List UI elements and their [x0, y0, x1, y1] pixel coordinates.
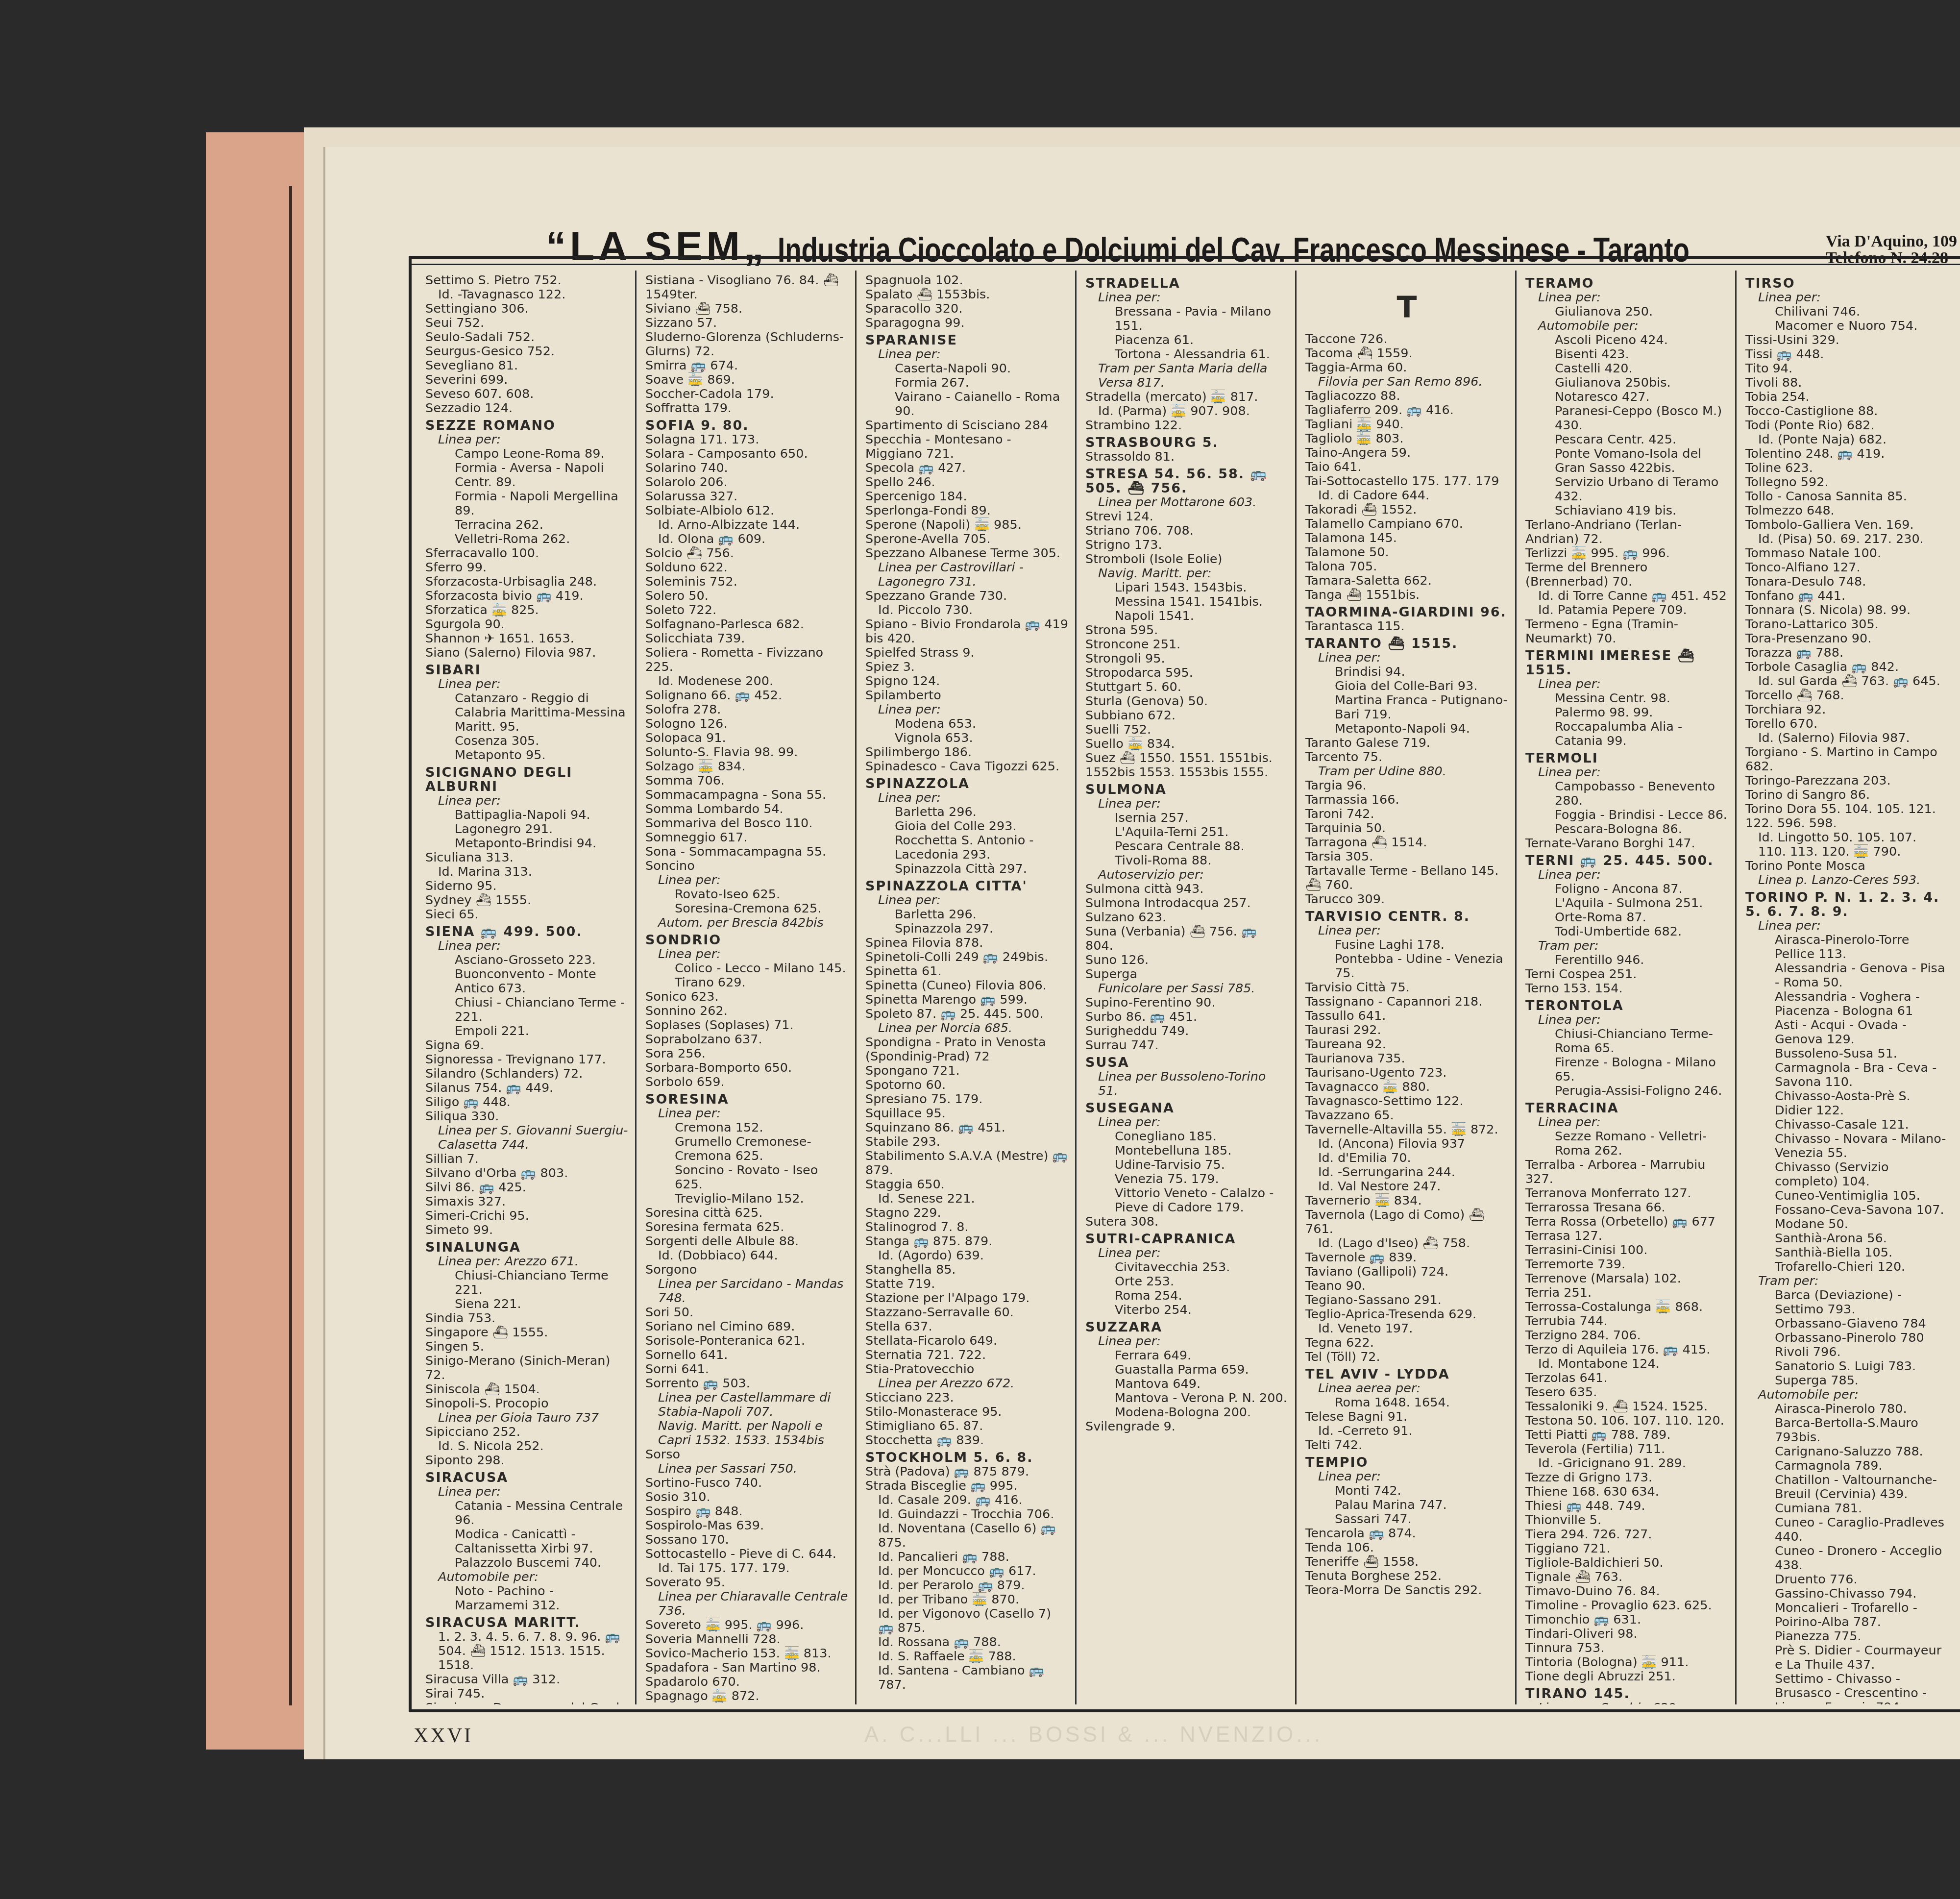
- index-entry: Tavernola (Lago di Como) ⛴ 761.: [1305, 1208, 1508, 1236]
- index-entry: Sgurgola 90.: [425, 617, 628, 632]
- station-heading: TORINO P. N. 1. 2. 3. 4. 5. 6. 7. 8. 9.: [1745, 890, 1948, 919]
- index-entry: Thiesi 🚌 448. 749.: [1525, 1499, 1728, 1513]
- index-entry: Tissi-Usini 329.: [1745, 333, 1948, 347]
- index-entry: Stromboli (Isole Eolie): [1085, 552, 1288, 567]
- index-entry: Tigliole-Baldichieri 50.: [1525, 1556, 1728, 1570]
- index-entry: Castelli 420.: [1525, 362, 1728, 376]
- index-entry: Stabile 293.: [865, 1135, 1068, 1149]
- index-entry: Tivoli-Roma 88.: [1085, 854, 1288, 868]
- index-entry: Tram per:: [1525, 939, 1728, 953]
- index-entry: Giulianova 250bis.: [1525, 376, 1728, 390]
- index-column-1: Settimo S. Pietro 752.Id. -Tavagnasco 12…: [416, 271, 637, 1704]
- index-entry: Stanghella 85.: [865, 1263, 1068, 1277]
- index-entry: Id. (Dobbiaco) 644.: [645, 1249, 848, 1263]
- index-entry: Id. Piccolo 730.: [865, 603, 1068, 617]
- index-entry: Soverato 95.: [645, 1576, 848, 1590]
- index-entry: Linea per Sassari 750.: [645, 1462, 848, 1476]
- station-heading: SUTRI-CAPRANICA: [1085, 1232, 1288, 1246]
- index-entry: Telti 742.: [1305, 1438, 1508, 1453]
- index-entry: Tortona - Alessandria 61.: [1085, 347, 1288, 362]
- index-entry: Terni Cospea 251.: [1525, 967, 1728, 982]
- index-entry: L'Aquila - Sulmona 251.: [1525, 896, 1728, 911]
- index-entry: Telese Bagni 91.: [1305, 1410, 1508, 1424]
- index-entry: Subbiano 672.: [1085, 709, 1288, 723]
- index-entry: Tarquinia 50.: [1305, 821, 1508, 836]
- index-entry: Solarussa 327.: [645, 490, 848, 504]
- index-entry: Foggia - Brindisi - Lecce 86.: [1525, 808, 1728, 822]
- index-entry: Tollo - Canosa Sannita 85.: [1745, 490, 1948, 504]
- index-entry: Bussoleno-Susa 51.: [1745, 1047, 1948, 1061]
- index-entry: Strà (Padova) 🚌 875 879.: [865, 1465, 1068, 1479]
- index-entry: Timavo-Duino 76. 84.: [1525, 1584, 1728, 1599]
- index-entry: Terremorte 739.: [1525, 1258, 1728, 1272]
- index-entry: Perugia-Assisi-Foligno 246.: [1525, 1084, 1728, 1098]
- index-entry: Solero 50.: [645, 589, 848, 603]
- index-entry: Id. Casale 209. 🚌 416.: [865, 1493, 1068, 1507]
- index-entry: Torcello ⛴ 768.: [1745, 689, 1948, 703]
- station-heading: SORESINA: [645, 1092, 848, 1107]
- station-heading: TERNI 🚌 25. 445. 500.: [1525, 854, 1728, 868]
- index-entry: Id. (Agordo) 639.: [865, 1249, 1068, 1263]
- index-entry: Sortino-Fusco 740.: [645, 1476, 848, 1490]
- index-entry: Linea per Sarcidano - Mandas 748.: [645, 1277, 848, 1306]
- index-entry: Linea per Gioia Tauro 737: [425, 1411, 628, 1425]
- index-entry: Chivasso - Novara - Milano-Venezia 55.: [1745, 1132, 1948, 1160]
- index-entry: Timoline - Provaglio 623. 625.: [1525, 1599, 1728, 1613]
- index-entry: Spinea Filovia 878.: [865, 936, 1068, 950]
- index-entry: Id. per Vigonovo (Casello 7) 🚌 875.: [865, 1607, 1068, 1635]
- index-entry: Cuneo - Caraglio-Pradleves 440.: [1745, 1516, 1948, 1544]
- index-entry: L'Aquila-Terni 251.: [1085, 825, 1288, 839]
- index-entry: Tombolo-Galliera Ven. 169.: [1745, 518, 1948, 532]
- index-entry: Tissi 🚌 448.: [1745, 347, 1948, 362]
- index-entry: Bressana - Pavia - Milano 151.: [1085, 305, 1288, 333]
- index-entry: Vairano - Caianello - Roma 90.: [865, 390, 1068, 419]
- index-entry: Talamello Campiano 670.: [1305, 517, 1508, 531]
- index-entry: Solopaca 91.: [645, 731, 848, 745]
- index-entry: Siponto 298.: [425, 1454, 628, 1468]
- index-entry: Automobile per:: [1525, 319, 1728, 333]
- index-entry: Soncino: [645, 859, 848, 873]
- index-entry: Linea per:: [645, 947, 848, 962]
- index-entry: Treviglio-Milano 152.: [645, 1192, 848, 1206]
- index-entry: Soliera - Rometta - Fivizzano 225.: [645, 646, 848, 674]
- index-entry: Tagliani 🚋 940.: [1305, 418, 1508, 432]
- index-entry: Suello 🚋 834.: [1085, 737, 1288, 751]
- index-entry: Soresina-Cremona 625.: [645, 902, 848, 916]
- index-entry: Tezze di Grigno 173.: [1525, 1471, 1728, 1485]
- index-entry: Linea per:: [645, 873, 848, 888]
- station-heading: TERRACINA: [1525, 1101, 1728, 1115]
- index-entry: Statte 719.: [865, 1277, 1068, 1291]
- station-heading: SIBARI: [425, 663, 628, 677]
- document-page: “LA SEM„ Industria Cioccolato e Dolciumi…: [304, 127, 1960, 1759]
- index-entry: Linea per Castellammare di Stabia-Napoli…: [645, 1391, 848, 1419]
- index-entry: Taureana 92.: [1305, 1037, 1508, 1052]
- index-entry: Linea aerea per:: [1305, 1381, 1508, 1396]
- index-entry: Taggia-Arma 60.: [1305, 361, 1508, 375]
- index-entry: Sperone-Avella 705.: [865, 532, 1068, 546]
- index-entry: Tegiano-Sassano 291.: [1305, 1293, 1508, 1307]
- index-entry: Id. -Cerreto 91.: [1305, 1424, 1508, 1438]
- index-entry: Campobasso - Benevento 280.: [1525, 780, 1728, 808]
- index-entry: Settimo S. Pietro 752.: [425, 273, 628, 288]
- station-heading: STOCKHOLM 5. 6. 8.: [865, 1451, 1068, 1465]
- index-entry: Settingiano 306.: [425, 302, 628, 316]
- index-entry: Udine-Tarvisio 75.: [1085, 1158, 1288, 1172]
- index-entry: Siniscola ⛴ 1504.: [425, 1382, 628, 1397]
- index-entry: Id. per Moncucco 🚌 617.: [865, 1564, 1068, 1578]
- index-entry: Filovia per San Remo 896.: [1305, 375, 1508, 389]
- index-entry: Montebelluna 185.: [1085, 1144, 1288, 1158]
- index-entry: Takoradi ⛴ 1552.: [1305, 503, 1508, 517]
- index-entry: Metaponto 95.: [425, 748, 628, 763]
- index-entry: Id. Val Nestore 247.: [1305, 1180, 1508, 1194]
- index-entry: Sperone (Napoli) 🚋 985.: [865, 518, 1068, 532]
- index-entry: Tavagnacco 🚋 880.: [1305, 1080, 1508, 1094]
- station-heading: TERMOLI: [1525, 751, 1728, 765]
- index-entry: Taurasi 292.: [1305, 1023, 1508, 1037]
- index-entry: Tarvisio Città 75.: [1305, 981, 1508, 995]
- index-entry: Tione degli Abruzzi 251.: [1525, 1670, 1728, 1684]
- index-entry: Torbole Casaglia 🚌 842.: [1745, 660, 1948, 674]
- index-entry: Teora-Morra De Sanctis 292.: [1305, 1583, 1508, 1598]
- index-entry: Sassari 747.: [1305, 1512, 1508, 1527]
- index-entry: Linea per:: [1525, 765, 1728, 780]
- index-entry: Brindisi 94.: [1305, 665, 1508, 679]
- index-entry: Pontebba - Udine - Venezia 75.: [1305, 952, 1508, 981]
- index-entry: Id. (Pisa) 50. 69. 217. 230.: [1745, 532, 1948, 546]
- index-entry: Spezzano Grande 730.: [865, 589, 1068, 603]
- index-entry: Spoleto 87. 🚌 25. 445. 500.: [865, 1007, 1068, 1021]
- index-entry: Pescara Centrale 88.: [1085, 839, 1288, 854]
- index-entry: Solbiate-Albiolo 612.: [645, 504, 848, 518]
- index-entry: Asciano-Grosseto 223.: [425, 953, 628, 967]
- index-entry: Tignale ⛴ 763.: [1525, 1570, 1728, 1584]
- index-entry: Palau Marina 747.: [1305, 1498, 1508, 1512]
- index-column-3: Spagnuola 102.Spalato ⛴ 1553bis.Sparacol…: [857, 271, 1077, 1704]
- index-entry: Linea per:: [1305, 924, 1508, 938]
- index-entry: Linea per:: [1085, 1334, 1288, 1349]
- index-entry: Tollegno 592.: [1745, 475, 1948, 490]
- index-entry: Tavernole 🚌 839.: [1305, 1251, 1508, 1265]
- index-entry: Thionville 5.: [1525, 1513, 1728, 1528]
- index-entry: Sevegliano 81.: [425, 359, 628, 373]
- index-entry: Linea per:: [1745, 291, 1948, 305]
- index-entry: Soccher-Cadola 179.: [645, 387, 848, 401]
- index-entry: Tarantasca 115.: [1305, 619, 1508, 634]
- index-entry: Orte 253.: [1085, 1275, 1288, 1289]
- index-entry: Tagliaferro 209. 🚌 416.: [1305, 403, 1508, 418]
- index-entry: Firenze - Bologna - Milano 65.: [1525, 1056, 1728, 1084]
- index-entry: Stropodarca 595.: [1085, 666, 1288, 680]
- station-heading: SUSEGANA: [1085, 1101, 1288, 1115]
- index-entry: Id. per Perarolo 🚌 879.: [865, 1578, 1068, 1593]
- index-entry: Stagno 229.: [865, 1206, 1068, 1220]
- index-entry: Tagliacozzo 88.: [1305, 389, 1508, 403]
- index-entry: Lagonegro 291.: [425, 822, 628, 837]
- index-entry: Prè S. Didier - Courmayeur e La Thuile 4…: [1745, 1644, 1948, 1672]
- index-entry: Soresina fermata 625.: [645, 1220, 848, 1234]
- index-entry: Stradella (mercato) 🚋 817.: [1085, 390, 1288, 404]
- index-entry: Tarsia 305.: [1305, 850, 1508, 864]
- index-entry: Velletri-Roma 262.: [425, 532, 628, 546]
- index-entry: Id. S. Raffaele 🚋 788.: [865, 1650, 1068, 1664]
- index-entry: Sospiro 🚌 848.: [645, 1504, 848, 1519]
- index-entry: Funicolare per Sassi 785.: [1085, 982, 1288, 996]
- index-entry: Solzago 🚋 834.: [645, 760, 848, 774]
- index-entry: Terranova Monferrato 127.: [1525, 1186, 1728, 1201]
- index-entry: Linea per:: [1305, 1470, 1508, 1484]
- index-entry: Palermo 98. 99.: [1525, 706, 1728, 720]
- index-entry: Sperlonga-Fondi 89.: [865, 504, 1068, 518]
- index-entry: Sologno 126.: [645, 717, 848, 731]
- index-entry: Tetti Piatti 🚌 788. 789.: [1525, 1428, 1728, 1442]
- index-entry: Terrenove (Marsala) 102.: [1525, 1272, 1728, 1286]
- index-entry: Caserta-Napoli 90.: [865, 362, 1068, 376]
- index-entry: Linea per:: [1525, 868, 1728, 882]
- index-entry: Cremona 152.: [645, 1121, 848, 1135]
- station-heading: TEL AVIV - LYDDA: [1305, 1367, 1508, 1381]
- index-entry: Tassignano - Capannori 218.: [1305, 995, 1508, 1009]
- station-heading: SOFIA 9. 80.: [645, 419, 848, 433]
- index-entry: Ferentillo 946.: [1525, 953, 1728, 967]
- index-entry: Soleminis 752.: [645, 575, 848, 589]
- index-entry: Linea per Sondrio 629.: [1525, 1701, 1728, 1704]
- index-entry: Mantova 649.: [1085, 1377, 1288, 1391]
- index-entry: Id. di Torre Canne 🚌 451. 452: [1525, 589, 1728, 603]
- index-entry: Metaponto-Brindisi 94.: [425, 837, 628, 851]
- index-entry: Id. (Ponte Naja) 682.: [1745, 433, 1948, 447]
- index-entry: Fossano-Ceva-Savona 107.: [1745, 1203, 1948, 1217]
- index-entry: Messina Centr. 98.: [1525, 691, 1728, 706]
- index-entry: Catanzaro - Reggio di Calabria Marittima…: [425, 691, 628, 734]
- index-entry: Spadafora - San Martino 98.: [645, 1661, 848, 1675]
- index-entry: Carmagnola - Bra - Ceva - Savona 110.: [1745, 1061, 1948, 1089]
- index-entry: Staggia 650.: [865, 1178, 1068, 1192]
- index-entry: Linea per:: [1525, 677, 1728, 691]
- index-entry: Rocchetta S. Antonio - Lacedonia 293.: [865, 834, 1068, 862]
- index-entry: Ponte Vomano-Isola del Gran Sasso 422bis…: [1525, 447, 1728, 475]
- index-entry: Strada Bisceglie 🚌 995.: [865, 1479, 1068, 1493]
- index-entry: Tamara-Saletta 662.: [1305, 574, 1508, 588]
- index-entry: Sezzadio 124.: [425, 401, 628, 416]
- index-entry: Suelli 752.: [1085, 723, 1288, 737]
- index-entry: Roma 1648. 1654.: [1305, 1396, 1508, 1410]
- index-entry: Id. (Lago d'Iseo) ⛴ 758.: [1305, 1236, 1508, 1251]
- index-entry: Linea per:: [1305, 651, 1508, 665]
- index-entry: Catania - Messina Centrale 96.: [425, 1499, 628, 1528]
- index-entry: Sforzacosta bivio 🚌 419.: [425, 589, 628, 603]
- index-entry: Notaresco 427.: [1525, 390, 1728, 404]
- index-entry: Solignano 66. 🚌 452.: [645, 689, 848, 703]
- index-entry: Signa 69.: [425, 1038, 628, 1053]
- index-entry: Sforzatica 🚋 825.: [425, 603, 628, 617]
- index-entry: Sternatia 721. 722.: [865, 1348, 1068, 1362]
- index-entry: Spello 246.: [865, 475, 1068, 490]
- index-entry: Soffratta 179.: [645, 401, 848, 416]
- index-entry: Spotorno 60.: [865, 1078, 1068, 1092]
- show-through-footer-text: A. C...LLI ... BOSSI & ... NVENZIO...: [864, 1723, 1323, 1747]
- index-entry: Stella 637.: [865, 1320, 1068, 1334]
- index-entry: Tiera 294. 726. 727.: [1525, 1528, 1728, 1542]
- index-entry: Linea per:: [425, 433, 628, 447]
- index-entry: Severini 699.: [425, 373, 628, 387]
- index-entry: Linea per S. Giovanni Suergiu-Calasetta …: [425, 1124, 628, 1152]
- station-heading: TAORMINA-GIARDINI 96.: [1305, 605, 1508, 619]
- station-heading: SPARANISE: [865, 333, 1068, 347]
- index-entry: Grumello Cremonese-Cremona 625.: [645, 1135, 848, 1163]
- index-entry: Signoressa - Trevignano 177.: [425, 1053, 628, 1067]
- index-entry: Spagnuola 102.: [865, 273, 1068, 288]
- index-entry: Shannon ✈ 1651. 1653.: [425, 632, 628, 646]
- index-entry: Terrarossa Tresana 66.: [1525, 1201, 1728, 1215]
- index-entry: Tartavalle Terme - Bellano 145. ⛴ 760.: [1305, 864, 1508, 892]
- index-entry: Modena 653.: [865, 717, 1068, 731]
- index-entry: Sluderno-Glorenza (Schluderns-Glurns) 72…: [645, 330, 848, 359]
- index-entry: Alessandria - Voghera - Piacenza - Bolog…: [1745, 990, 1948, 1018]
- index-entry: Terracina 262.: [425, 518, 628, 532]
- index-entry: Seulo-Sadali 752.: [425, 330, 628, 345]
- index-entry: Strigno 173.: [1085, 538, 1288, 552]
- index-entry: Sulzano 623.: [1085, 911, 1288, 925]
- index-entry: Linea per Bussoleno-Torino 51.: [1085, 1070, 1288, 1098]
- index-entry: Ferrara 649.: [1085, 1349, 1288, 1363]
- index-entry: Fusine Laghi 178.: [1305, 938, 1508, 952]
- index-entry: Torgiano - S. Martino in Campo 682.: [1745, 745, 1948, 774]
- index-entry: Orbassano-Pinerolo 780: [1745, 1331, 1948, 1345]
- index-entry: Sovereto 🚋 995. 🚌 996.: [645, 1618, 848, 1632]
- index-entry: Solarolo 206.: [645, 475, 848, 490]
- index-entry: Sorisole-Ponteranica 621.: [645, 1334, 848, 1348]
- index-entry: Soave 🚋 869.: [645, 373, 848, 387]
- index-entry: Termeno - Egna (Tramin-Neumarkt) 70.: [1525, 617, 1728, 646]
- index-entry: Tivoli 88.: [1745, 376, 1948, 390]
- index-entry: Terzigno 284. 706.: [1525, 1329, 1728, 1343]
- index-entry: Tocco-Castiglione 88.: [1745, 404, 1948, 419]
- index-entry: Cumiana 781.: [1745, 1502, 1948, 1516]
- index-entry: Toline 623.: [1745, 461, 1948, 475]
- index-entry: Spartimento di Scisciano 284: [865, 419, 1068, 433]
- index-entry: Id. -Serrungarina 244.: [1305, 1165, 1508, 1180]
- page-number: XXVI: [414, 1724, 473, 1748]
- index-entry: Tonfano 🚌 441.: [1745, 589, 1948, 603]
- index-entry: Sorgenti delle Albule 88.: [645, 1234, 848, 1249]
- index-entry: Spiez 3.: [865, 660, 1068, 674]
- index-entry: Svilengrade 9.: [1085, 1420, 1288, 1434]
- index-entry: Sparagogna 99.: [865, 316, 1068, 330]
- index-entry: Supino-Ferentino 90.: [1085, 996, 1288, 1010]
- index-entry: Conegliano 185.: [1085, 1130, 1288, 1144]
- index-entry: Siliqua 330.: [425, 1110, 628, 1124]
- index-entry: Noto - Pachino - Marzamemi 312.: [425, 1584, 628, 1613]
- index-entry: Trofarello-Chieri 120.: [1745, 1260, 1948, 1274]
- station-heading: TERMINI IMERESE ⛴ 1515.: [1525, 649, 1728, 677]
- station-heading: TERONTOLA: [1525, 999, 1728, 1013]
- page-paper: “LA SEM„ Industria Cioccolato e Dolciumi…: [323, 147, 1960, 1759]
- index-entry: Formia - Aversa - Napoli Centr. 89.: [425, 461, 628, 490]
- index-entry: Sydney ⛴ 1555.: [425, 893, 628, 908]
- index-entry: Guastalla Parma 659.: [1085, 1363, 1288, 1377]
- index-entry: Spezzano Albanese Terme 305.: [865, 546, 1068, 561]
- index-entry: Sirai 745.: [425, 1687, 628, 1701]
- index-entry: Seurgus-Gesico 752.: [425, 345, 628, 359]
- index-entry: Metaponto-Napoli 94.: [1305, 722, 1508, 736]
- index-entry: Solofra 278.: [645, 703, 848, 717]
- index-entry: Torino di Sangro 86.: [1745, 788, 1948, 802]
- index-entry: Squillace 95.: [865, 1107, 1068, 1121]
- index-entry: Id. Rossana 🚌 788.: [865, 1635, 1068, 1650]
- index-entry: Tarragona ⛴ 1514.: [1305, 836, 1508, 850]
- index-entry: Soprabolzano 637.: [645, 1033, 848, 1047]
- index-entry: Settimo - Chivasso - Brusasco - Crescent…: [1745, 1672, 1948, 1704]
- index-entry: Monti 742.: [1305, 1484, 1508, 1498]
- index-entry: Tonara-Desulo 748.: [1745, 575, 1948, 589]
- index-entry: Linea per: Arezzo 671.: [425, 1255, 628, 1269]
- index-entry: Silvi 86. 🚌 425.: [425, 1181, 628, 1195]
- index-entry: Tel (Töll) 72.: [1305, 1350, 1508, 1364]
- index-entry: Sinopoli-S. Procopio: [425, 1397, 628, 1411]
- index-entry: Spielfed Strass 9.: [865, 646, 1068, 660]
- index-entry: Chivasso (Servizio completo) 104.: [1745, 1160, 1948, 1189]
- index-entry: Surrau 747.: [1085, 1038, 1288, 1053]
- index-entry: Stanga 🚌 875. 879.: [865, 1234, 1068, 1249]
- index-entry: Tiggiano 721.: [1525, 1542, 1728, 1556]
- index-entry: Tolmezzo 648.: [1745, 504, 1948, 518]
- index-entry: Foligno - Ancona 87.: [1525, 882, 1728, 896]
- index-entry: Seveso 607. 608.: [425, 387, 628, 401]
- index-entry: Gassino-Chivasso 794.: [1745, 1587, 1948, 1601]
- index-entry: Modena-Bologna 200.: [1085, 1406, 1288, 1420]
- index-entry: Id. Veneto 197.: [1305, 1322, 1508, 1336]
- index-entry: Vignola 653.: [865, 731, 1068, 745]
- index-entry: Tonco-Alfiano 127.: [1745, 561, 1948, 575]
- index-entry: Spongano 721.: [865, 1064, 1068, 1078]
- index-column-6: TERAMOLinea per:Giulianova 250.Automobil…: [1517, 271, 1737, 1704]
- index-entry: Sulmona città 943.: [1085, 882, 1288, 896]
- index-entry: Linea per:: [1745, 919, 1948, 933]
- station-heading: SICIGNANO DEGLI ALBURNI: [425, 765, 628, 794]
- index-entry: Taio 641.: [1305, 460, 1508, 474]
- station-heading: TERAMO: [1525, 276, 1728, 291]
- index-entry: Venezia 75. 179.: [1085, 1172, 1288, 1186]
- index-entry: Tegna 622.: [1305, 1336, 1508, 1350]
- index-entry: Tirano 629.: [645, 976, 848, 990]
- index-entry: Siano (Salerno) Filovia 987.: [425, 646, 628, 660]
- index-entry: Gioia del Colle 293.: [865, 819, 1068, 834]
- index-entry: Schiaviano 419 bis.: [1525, 504, 1728, 518]
- index-entry: Sori 50.: [645, 1306, 848, 1320]
- index-entry: Id. Marina 313.: [425, 865, 628, 879]
- index-entry: Linea per Castrovillari - Lagonegro 731.: [865, 561, 1068, 589]
- index-entry: Automobile per:: [1745, 1388, 1948, 1402]
- index-entry: Sona - Sommacampagna 55.: [645, 845, 848, 859]
- index-entry: Orbassano-Giaveno 784: [1745, 1317, 1948, 1331]
- station-heading: TIRSO: [1745, 276, 1948, 291]
- index-entry: Gioia del Colle-Bari 93.: [1305, 679, 1508, 693]
- index-entry: Spinadesco - Cava Tigozzi 625.: [865, 760, 1068, 774]
- index-entry: Autoservizio per:: [1085, 868, 1288, 882]
- index-entry: Linea per:: [425, 1485, 628, 1499]
- index-entry: Sorni 641.: [645, 1362, 848, 1377]
- index-entry: Seui 752.: [425, 316, 628, 330]
- index-entry: Striano 706. 708.: [1085, 524, 1288, 538]
- index-entry: Formia 267.: [865, 376, 1068, 390]
- index-entry: Linea per:: [425, 939, 628, 953]
- index-entry: Ascoli Piceno 424.: [1525, 333, 1728, 347]
- index-entry: Torello 670.: [1745, 717, 1948, 731]
- index-entry: Squinzano 86. 🚌 451.: [865, 1121, 1068, 1135]
